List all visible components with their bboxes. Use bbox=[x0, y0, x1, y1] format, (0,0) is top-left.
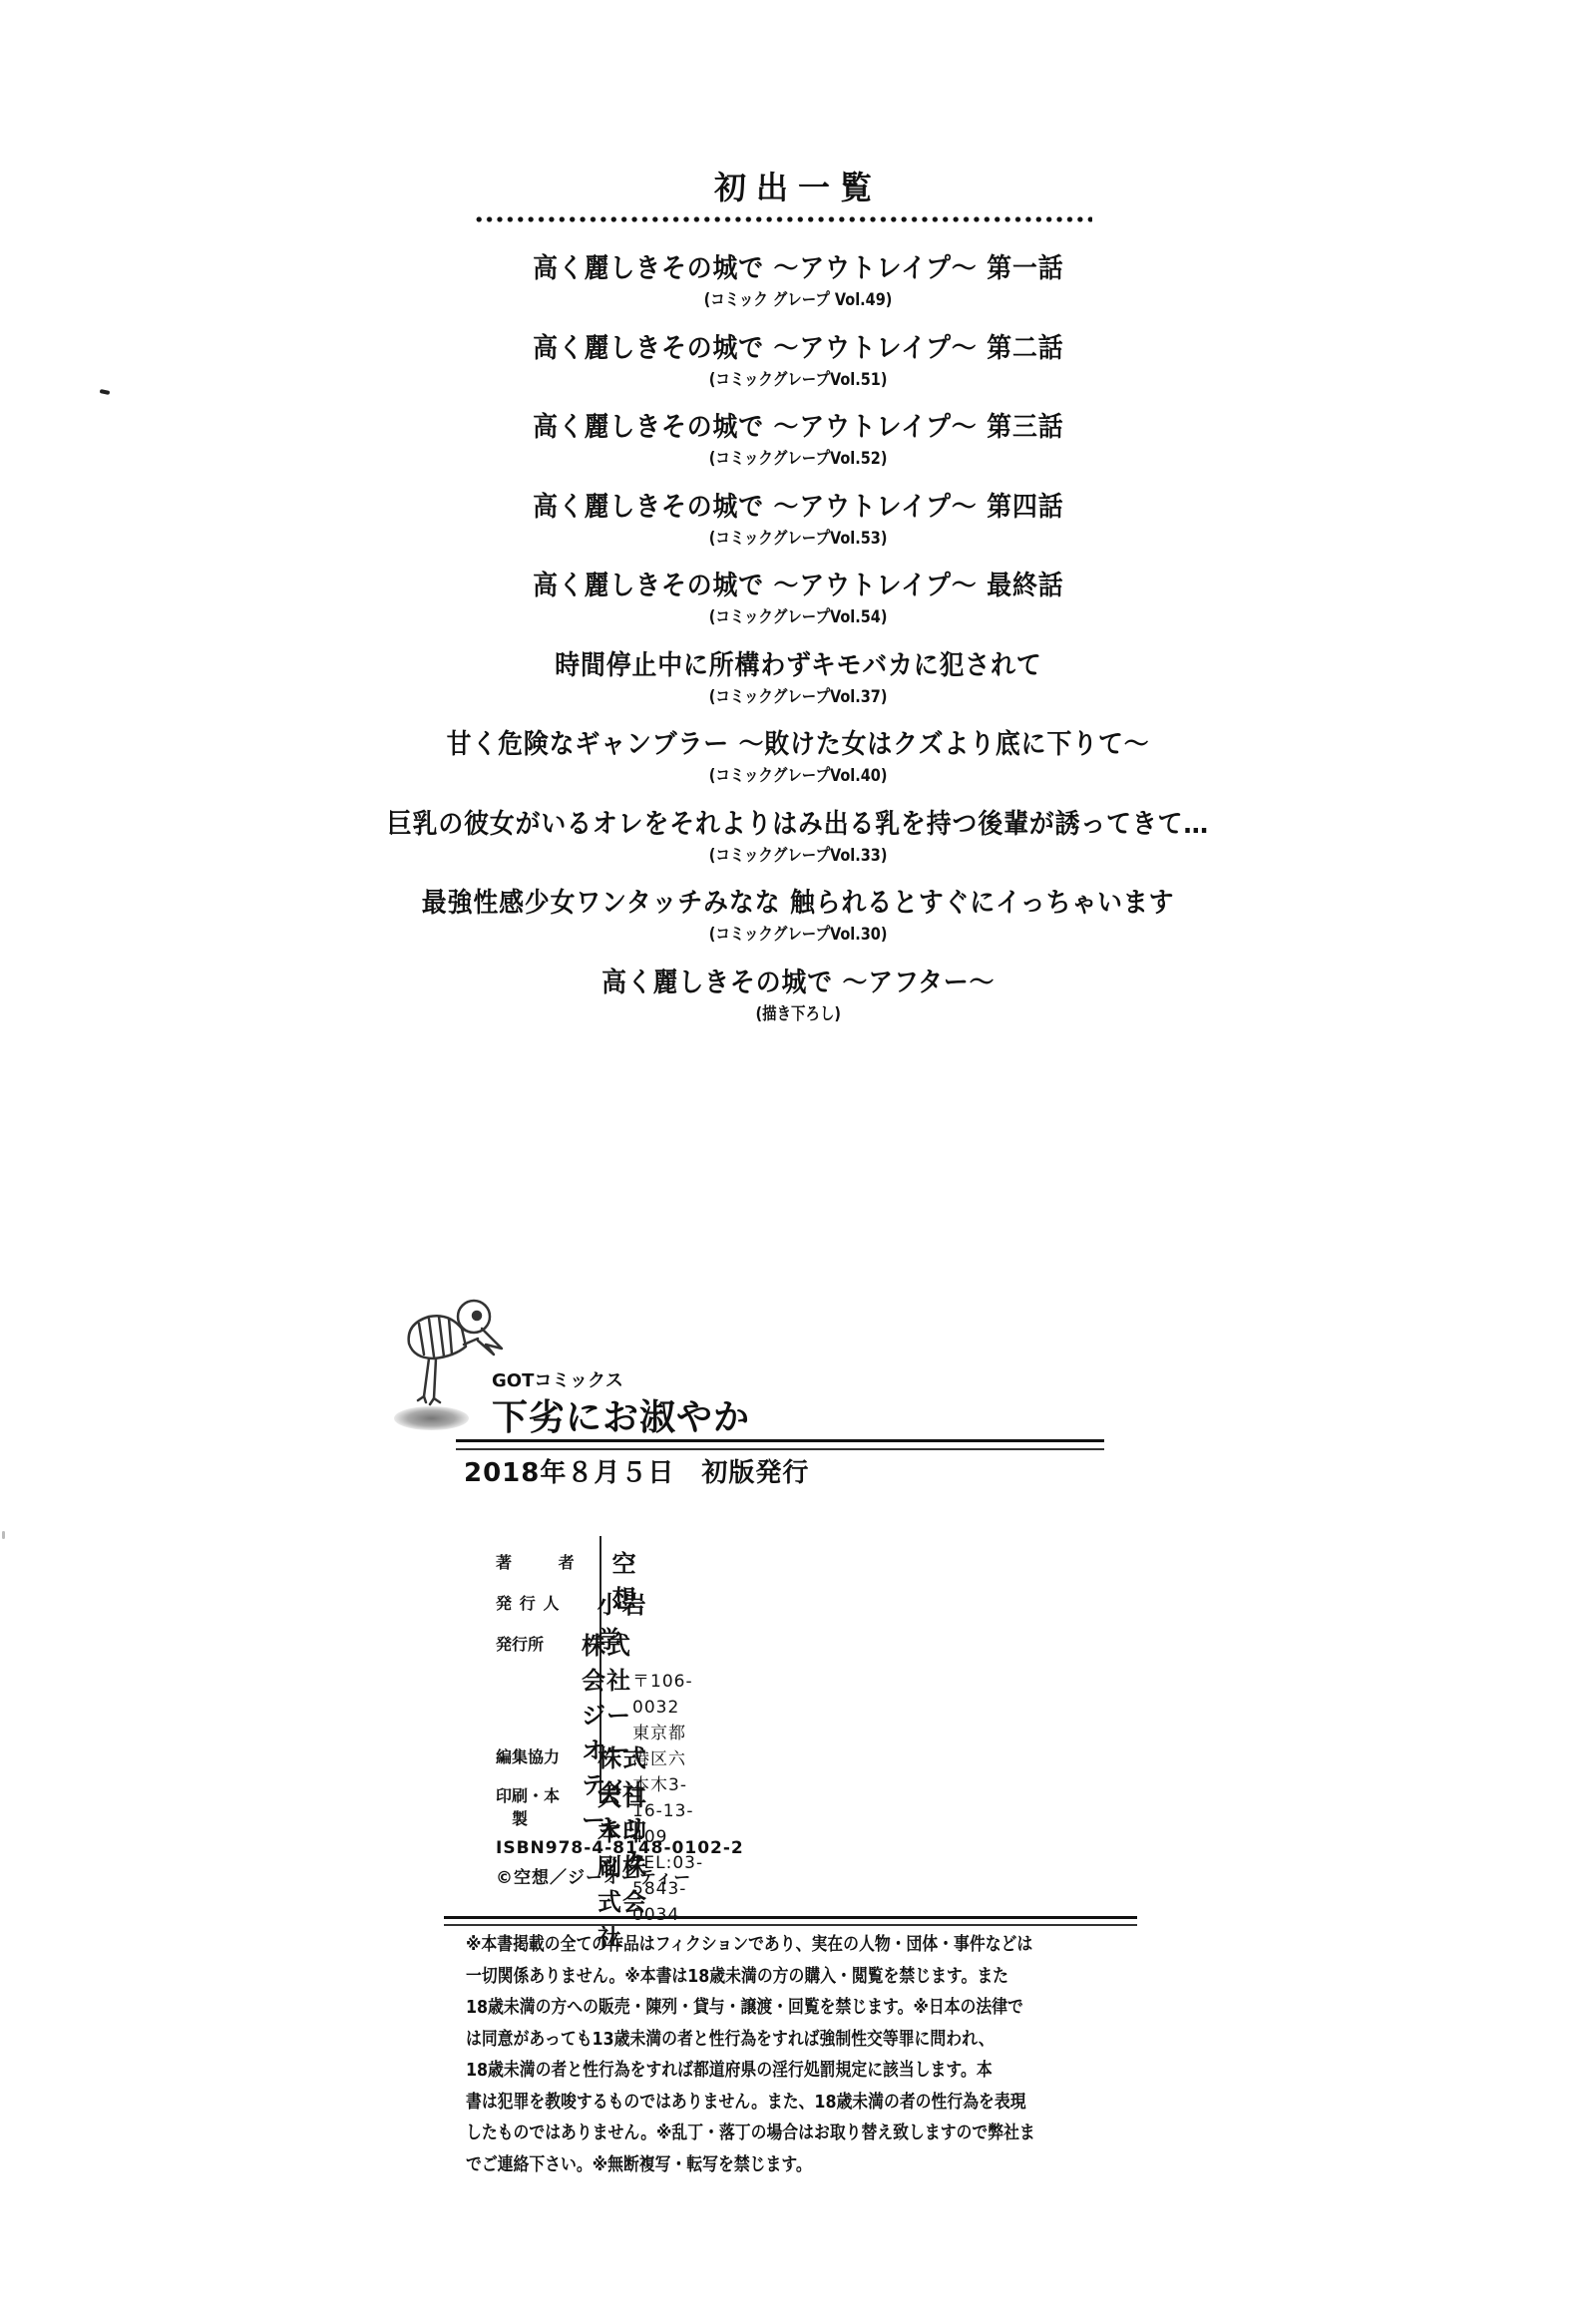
entry-source: (コミックグレープVol.33) bbox=[709, 843, 888, 869]
notice-line: ※本書掲載の全ての作品はフィクションであり、実在の人物・団体・事件などは bbox=[466, 1929, 1062, 1961]
isbn: ISBN978-4-8148-0102-2 bbox=[496, 1838, 744, 1858]
entry-source: (描き下ろし) bbox=[755, 1001, 840, 1027]
notice-line: 書は犯罪を教唆するものではありません。また、18歳未満の者の性行為を表現 bbox=[466, 2087, 1062, 2119]
entry-source: (コミックグレープVol.51) bbox=[709, 367, 888, 393]
notice-line: したものではありません。※乱丁・落丁の場合はお取り替え致しますので弊社ま bbox=[466, 2118, 1062, 2149]
page-heading: 初出一覧 bbox=[0, 163, 1596, 208]
entry-title: 高く麗しきその城で ～アウトレイプ～ 最終話 bbox=[533, 569, 1063, 604]
entry-title: 時間停止中に所構わずキモバカに犯されて bbox=[555, 648, 1041, 684]
logo-shadow bbox=[394, 1406, 469, 1430]
list-item: 高く麗しきその城で ～アフター～ (描き下ろし) bbox=[0, 966, 1596, 1045]
entry-title: 甘く危険なギャンブラー ～敗けた女はクズより底に下りて～ bbox=[447, 727, 1150, 763]
list-item: 高く麗しきその城で ～アウトレイプ～ 最終話 (コミックグレープVol.54) bbox=[0, 569, 1596, 648]
entry-title: 最強性感少女ワンタッチみなな 触られるとすぐにイっちゃいます bbox=[422, 886, 1175, 922]
dotted-divider bbox=[474, 215, 1092, 223]
list-item: 高く麗しきその城で ～アウトレイプ～ 第一話 (コミック グレープ Vol.49… bbox=[0, 251, 1596, 331]
book-title: 下劣にお淑やか bbox=[492, 1389, 750, 1440]
entry-title: 高く麗しきその城で ～アウトレイプ～ 第二話 bbox=[533, 331, 1063, 367]
entry-title: 高く麗しきその城で ～アウトレイプ～ 第四話 bbox=[533, 490, 1063, 526]
postal-code: 〒106-0032 bbox=[632, 1669, 703, 1721]
list-item: 高く麗しきその城で ～アウトレイプ～ 第四話 (コミックグレープVol.53) bbox=[0, 490, 1596, 570]
entry-source: (コミックグレープVol.54) bbox=[709, 604, 888, 630]
list-item: 高く麗しきその城で ～アウトレイプ～ 第二話 (コミックグレープVol.51) bbox=[0, 331, 1596, 411]
title-divider bbox=[456, 1439, 1104, 1450]
notice-line: 18歳未満の方への販売・陳列・貸与・譲渡・回覧を禁じます。※日本の法律で bbox=[466, 1992, 1062, 2024]
entry-source: (コミックグレープVol.30) bbox=[709, 922, 888, 948]
legal-notice: ※本書掲載の全ての作品はフィクションであり、実在の人物・団体・事件などは 一切関… bbox=[466, 1929, 1144, 2180]
publication-date: 2018年８月５日 初版発行 bbox=[464, 1452, 809, 1489]
entry-source: (コミックグレープVol.37) bbox=[709, 684, 888, 710]
entry-source: (コミックグレープVol.53) bbox=[709, 526, 888, 552]
entry-title: 高く麗しきその城で ～アフター～ bbox=[601, 966, 995, 1001]
entry-source: (コミックグレープVol.52) bbox=[709, 446, 888, 472]
notice-line: 18歳未満の者と性行為をすれば都道府県の淫行処罰規定に該当します。本 bbox=[466, 2055, 1062, 2087]
first-publication-list: 高く麗しきその城で ～アウトレイプ～ 第一話 (コミック グレープ Vol.49… bbox=[0, 251, 1596, 1044]
list-item: 最強性感少女ワンタッチみなな 触られるとすぐにイっちゃいます (コミックグレープ… bbox=[0, 886, 1596, 966]
notice-line: は同意があっても13歳未満の者と性行為をすれば強制性交等罪に問われ、 bbox=[466, 2024, 1062, 2056]
entry-source: (コミックグレープVol.40) bbox=[709, 763, 888, 789]
entry-title: 高く麗しきその城で ～アウトレイプ～ 第三話 bbox=[533, 410, 1063, 446]
notice-line: でご連絡下さい。※無断複写・転写を禁じます。 bbox=[466, 2149, 1062, 2181]
list-item: 巨乳の彼女がいるオレをそれよりはみ出る乳を持つ後輩が誘ってきて… (コミックグレ… bbox=[0, 807, 1596, 887]
entry-title: 巨乳の彼女がいるオレをそれよりはみ出る乳を持つ後輩が誘ってきて… bbox=[387, 807, 1209, 843]
list-item: 高く麗しきその城で ～アウトレイプ～ 第三話 (コミックグレープVol.52) bbox=[0, 410, 1596, 490]
entry-source: (コミック グレープ Vol.49) bbox=[704, 287, 893, 313]
copyright: ©空想／ジーオーティー bbox=[496, 1863, 691, 1888]
list-item: 時間停止中に所構わずキモバカに犯されて (コミックグレープVol.37) bbox=[0, 648, 1596, 728]
list-item: 甘く危険なギャンブラー ～敗けた女はクズより底に下りて～ (コミックグレープVo… bbox=[0, 727, 1596, 807]
notice-divider bbox=[444, 1916, 1137, 1926]
notice-line: 一切関係ありません。※本書は18歳未満の方の購入・閲覧を禁じます。また bbox=[466, 1961, 1062, 1993]
entry-title: 高く麗しきその城で ～アウトレイプ～ 第一話 bbox=[533, 251, 1063, 287]
scan-mark bbox=[2, 1531, 5, 1539]
